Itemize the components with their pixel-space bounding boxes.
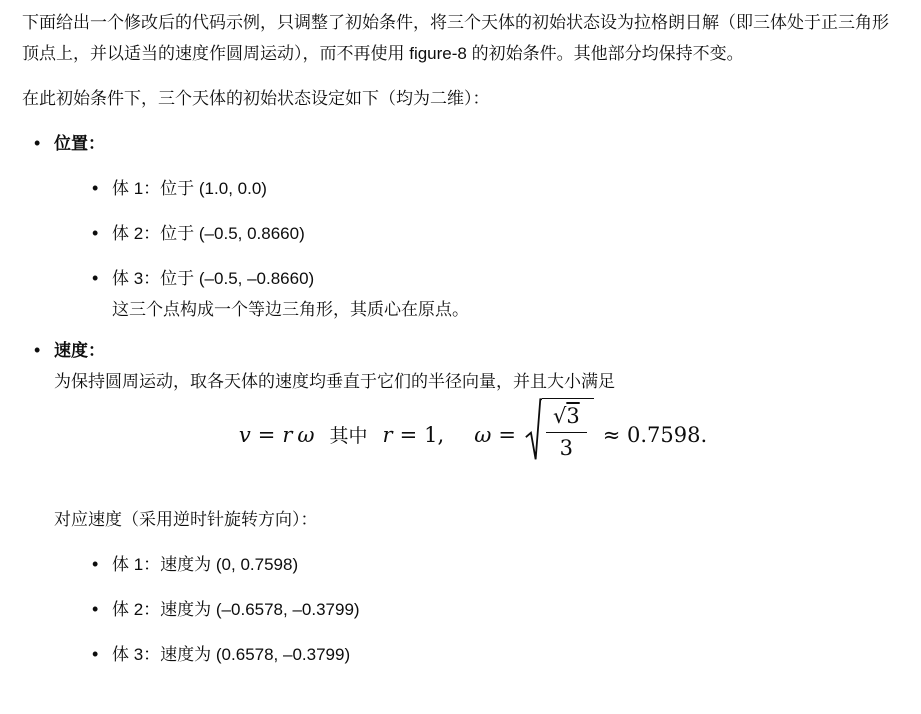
fraction: √33 <box>546 403 587 460</box>
equals-sign: = <box>400 423 418 447</box>
page: { "page": { "background": "#ffffff", "te… <box>0 0 921 714</box>
fraction-numerator: √3 <box>546 403 587 432</box>
radical-sign-icon <box>525 398 542 461</box>
velocity-heading: 速度： <box>54 341 105 360</box>
inner-radical-sign: √ <box>553 404 566 428</box>
math-expression: v=rω其中r=1,ω=√33≈ 0.7598. <box>239 423 714 447</box>
list-item: 体 3：位于 (–0.5, –0.8660) 这三个点构成一个等边三角形，其质心… <box>112 263 899 325</box>
conditions-paragraph: 在此初始条件下，三个天体的初始状态设定如下（均为二维）： <box>22 83 899 114</box>
velocity-description: 为保持圆周运动，取各天体的速度均垂直于它们的半径向量，并且大小满足 <box>54 366 899 397</box>
equals-sign: = <box>498 423 516 447</box>
position-section: 位置： 体 1：位于 (1.0, 0.0) 体 2：位于 (–0.5, 0.86… <box>54 128 899 325</box>
inner-radicand: 3 <box>566 404 579 428</box>
var-omega2: ω <box>474 423 491 447</box>
var-r2: r <box>383 423 393 447</box>
velocity-section: 速度： 为保持圆周运动，取各天体的速度均垂直于它们的半径向量，并且大小满足 v=… <box>54 335 899 670</box>
position-body-2: 体 2：位于 (–0.5, 0.8660) <box>112 224 305 243</box>
intro-paragraph: 下面给出一个修改后的代码示例，只调整了初始条件，将三个天体的初始状态设为拉格朗日… <box>22 7 899 69</box>
var-r: r <box>282 423 292 447</box>
velocity-body: 为保持圆周运动，取各天体的速度均垂直于它们的半径向量，并且大小满足 v=rω其中… <box>54 366 899 670</box>
velocity-list-intro: 对应速度（采用逆时针旋转方向）： <box>54 504 899 535</box>
velocity-body-3: 体 3：速度为 (0.6578, –0.3799) <box>112 645 350 664</box>
triangle-note: 这三个点构成一个等边三角形，其质心在原点。 <box>112 300 469 319</box>
radical: √33 <box>525 398 594 461</box>
approx-value: ≈ 0.7598. <box>603 423 707 447</box>
list-item: 体 2：速度为 (–0.6578, –0.3799) <box>112 594 899 625</box>
list-item: 体 1：位于 (1.0, 0.0) <box>112 173 899 204</box>
radicand: √33 <box>542 398 594 461</box>
velocity-body-1: 体 1：速度为 (0, 0.7598) <box>112 555 298 574</box>
document: 下面给出一个修改后的代码示例，只调整了初始条件，将三个天体的初始状态设为拉格朗日… <box>0 0 921 670</box>
position-body-1: 体 1：位于 (1.0, 0.0) <box>112 179 267 198</box>
position-heading: 位置： <box>54 134 105 153</box>
list-item: 体 3：速度为 (0.6578, –0.3799) <box>112 639 899 670</box>
velocity-body-2: 体 2：速度为 (–0.6578, –0.3799) <box>112 600 360 619</box>
where-text: 其中 <box>330 425 368 447</box>
conditions-list: 位置： 体 1：位于 (1.0, 0.0) 体 2：位于 (–0.5, 0.86… <box>22 128 899 670</box>
position-body-3: 体 3：位于 (–0.5, –0.8660) <box>112 269 314 288</box>
equals-sign: = <box>258 423 276 447</box>
list-item: 体 2：位于 (–0.5, 0.8660) <box>112 218 899 249</box>
fraction-denominator: 3 <box>546 432 587 460</box>
list-item: 体 1：速度为 (0, 0.7598) <box>112 549 899 580</box>
var-v: v <box>239 423 251 447</box>
velocity-formula: v=rω其中r=1,ω=√33≈ 0.7598. <box>54 405 899 468</box>
velocity-list: 体 1：速度为 (0, 0.7598) 体 2：速度为 (–0.6578, –0… <box>54 549 899 670</box>
value-one: 1, <box>424 423 444 447</box>
position-list: 体 1：位于 (1.0, 0.0) 体 2：位于 (–0.5, 0.8660) … <box>54 173 899 325</box>
var-omega: ω <box>297 423 314 447</box>
